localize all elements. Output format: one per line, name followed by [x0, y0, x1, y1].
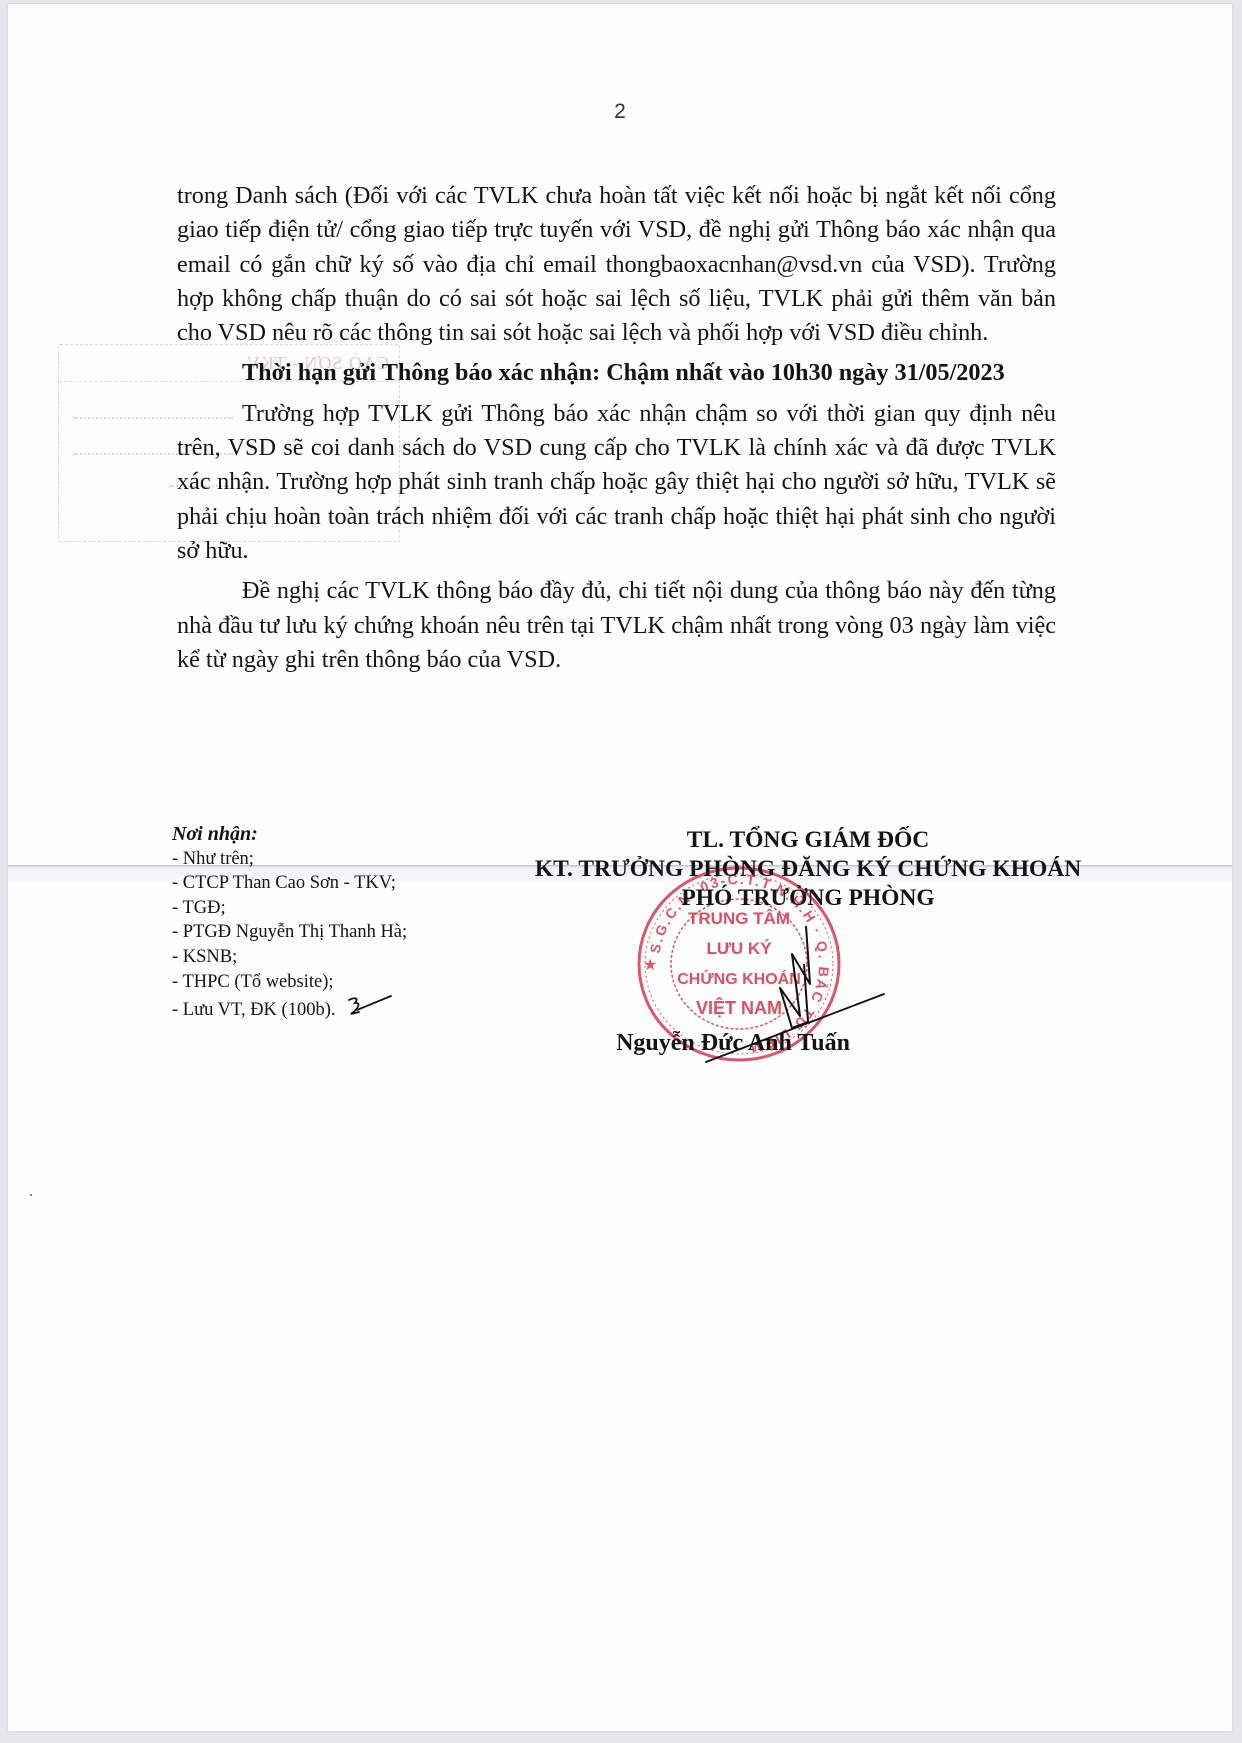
- recipient-item: - TGĐ;: [172, 896, 492, 921]
- recipients-block: Nơi nhận: - Như trên; - CTCP Than Cao Sơ…: [172, 822, 492, 1028]
- svg-text:VIỆT NAM: VIỆT NAM: [696, 997, 782, 1018]
- notice-body: trong Danh sách (Đối với các TVLK chưa h…: [177, 179, 1056, 683]
- paragraph-deadline: Thời hạn gửi Thông báo xác nhận: Chậm nh…: [177, 356, 1056, 390]
- signature-block: TL. TỔNG GIÁM ĐỐC KT. TRƯỞNG PHÒNG ĐĂNG …: [513, 826, 1103, 913]
- recipient-item: - KSNB;: [172, 945, 492, 970]
- paragraph-confirmation-instructions: trong Danh sách (Đối với các TVLK chưa h…: [177, 179, 1056, 350]
- paragraph-request: Đề nghị các TVLK thông báo đầy đủ, chi t…: [177, 574, 1056, 677]
- signer-name: Nguyễn Đức Anh Tuấn: [513, 1030, 953, 1057]
- page-number: 2: [8, 100, 1232, 124]
- recipient-item: - THPC (Tổ website);: [172, 970, 492, 995]
- svg-text:LƯU KÝ: LƯU KÝ: [706, 939, 772, 958]
- handwritten-initial-icon: [345, 994, 393, 1028]
- recipient-item: - CTCP Than Cao Sơn - TKV;: [172, 871, 492, 896]
- recipient-item: - Lưu VT, ĐK (100b).: [172, 994, 492, 1028]
- recipient-item-text: - Lưu VT, ĐK (100b).: [172, 1000, 335, 1020]
- recipient-item: - Như trên;: [172, 847, 492, 872]
- svg-text:CHỨNG KHOÁN: CHỨNG KHOÁN: [677, 969, 801, 988]
- recipients-title: Nơi nhận:: [172, 822, 492, 847]
- signature-title-line1: TL. TỔNG GIÁM ĐỐC: [513, 826, 1103, 855]
- document-page: 2 CAO SƠN - TKV trong Danh sách (Đối với…: [8, 4, 1232, 1731]
- email-address[interactable]: thongbaoxacnhan@vsd.vn: [606, 251, 863, 278]
- signature-title-line3: PHÓ TRƯỞNG PHÒNG: [513, 884, 1103, 913]
- recipient-item: - PTGĐ Nguyễn Thị Thanh Hà;: [172, 920, 492, 945]
- svg-text:★: ★: [643, 955, 657, 974]
- recipients-list: - Như trên; - CTCP Than Cao Sơn - TKV; -…: [172, 847, 492, 1028]
- signature-title-line2: KT. TRƯỞNG PHÒNG ĐĂNG KÝ CHỨNG KHOÁN: [513, 855, 1103, 884]
- paragraph-late-submission: Trường hợp TVLK gửi Thông báo xác nhận c…: [177, 397, 1056, 568]
- scan-speck: [30, 1194, 32, 1196]
